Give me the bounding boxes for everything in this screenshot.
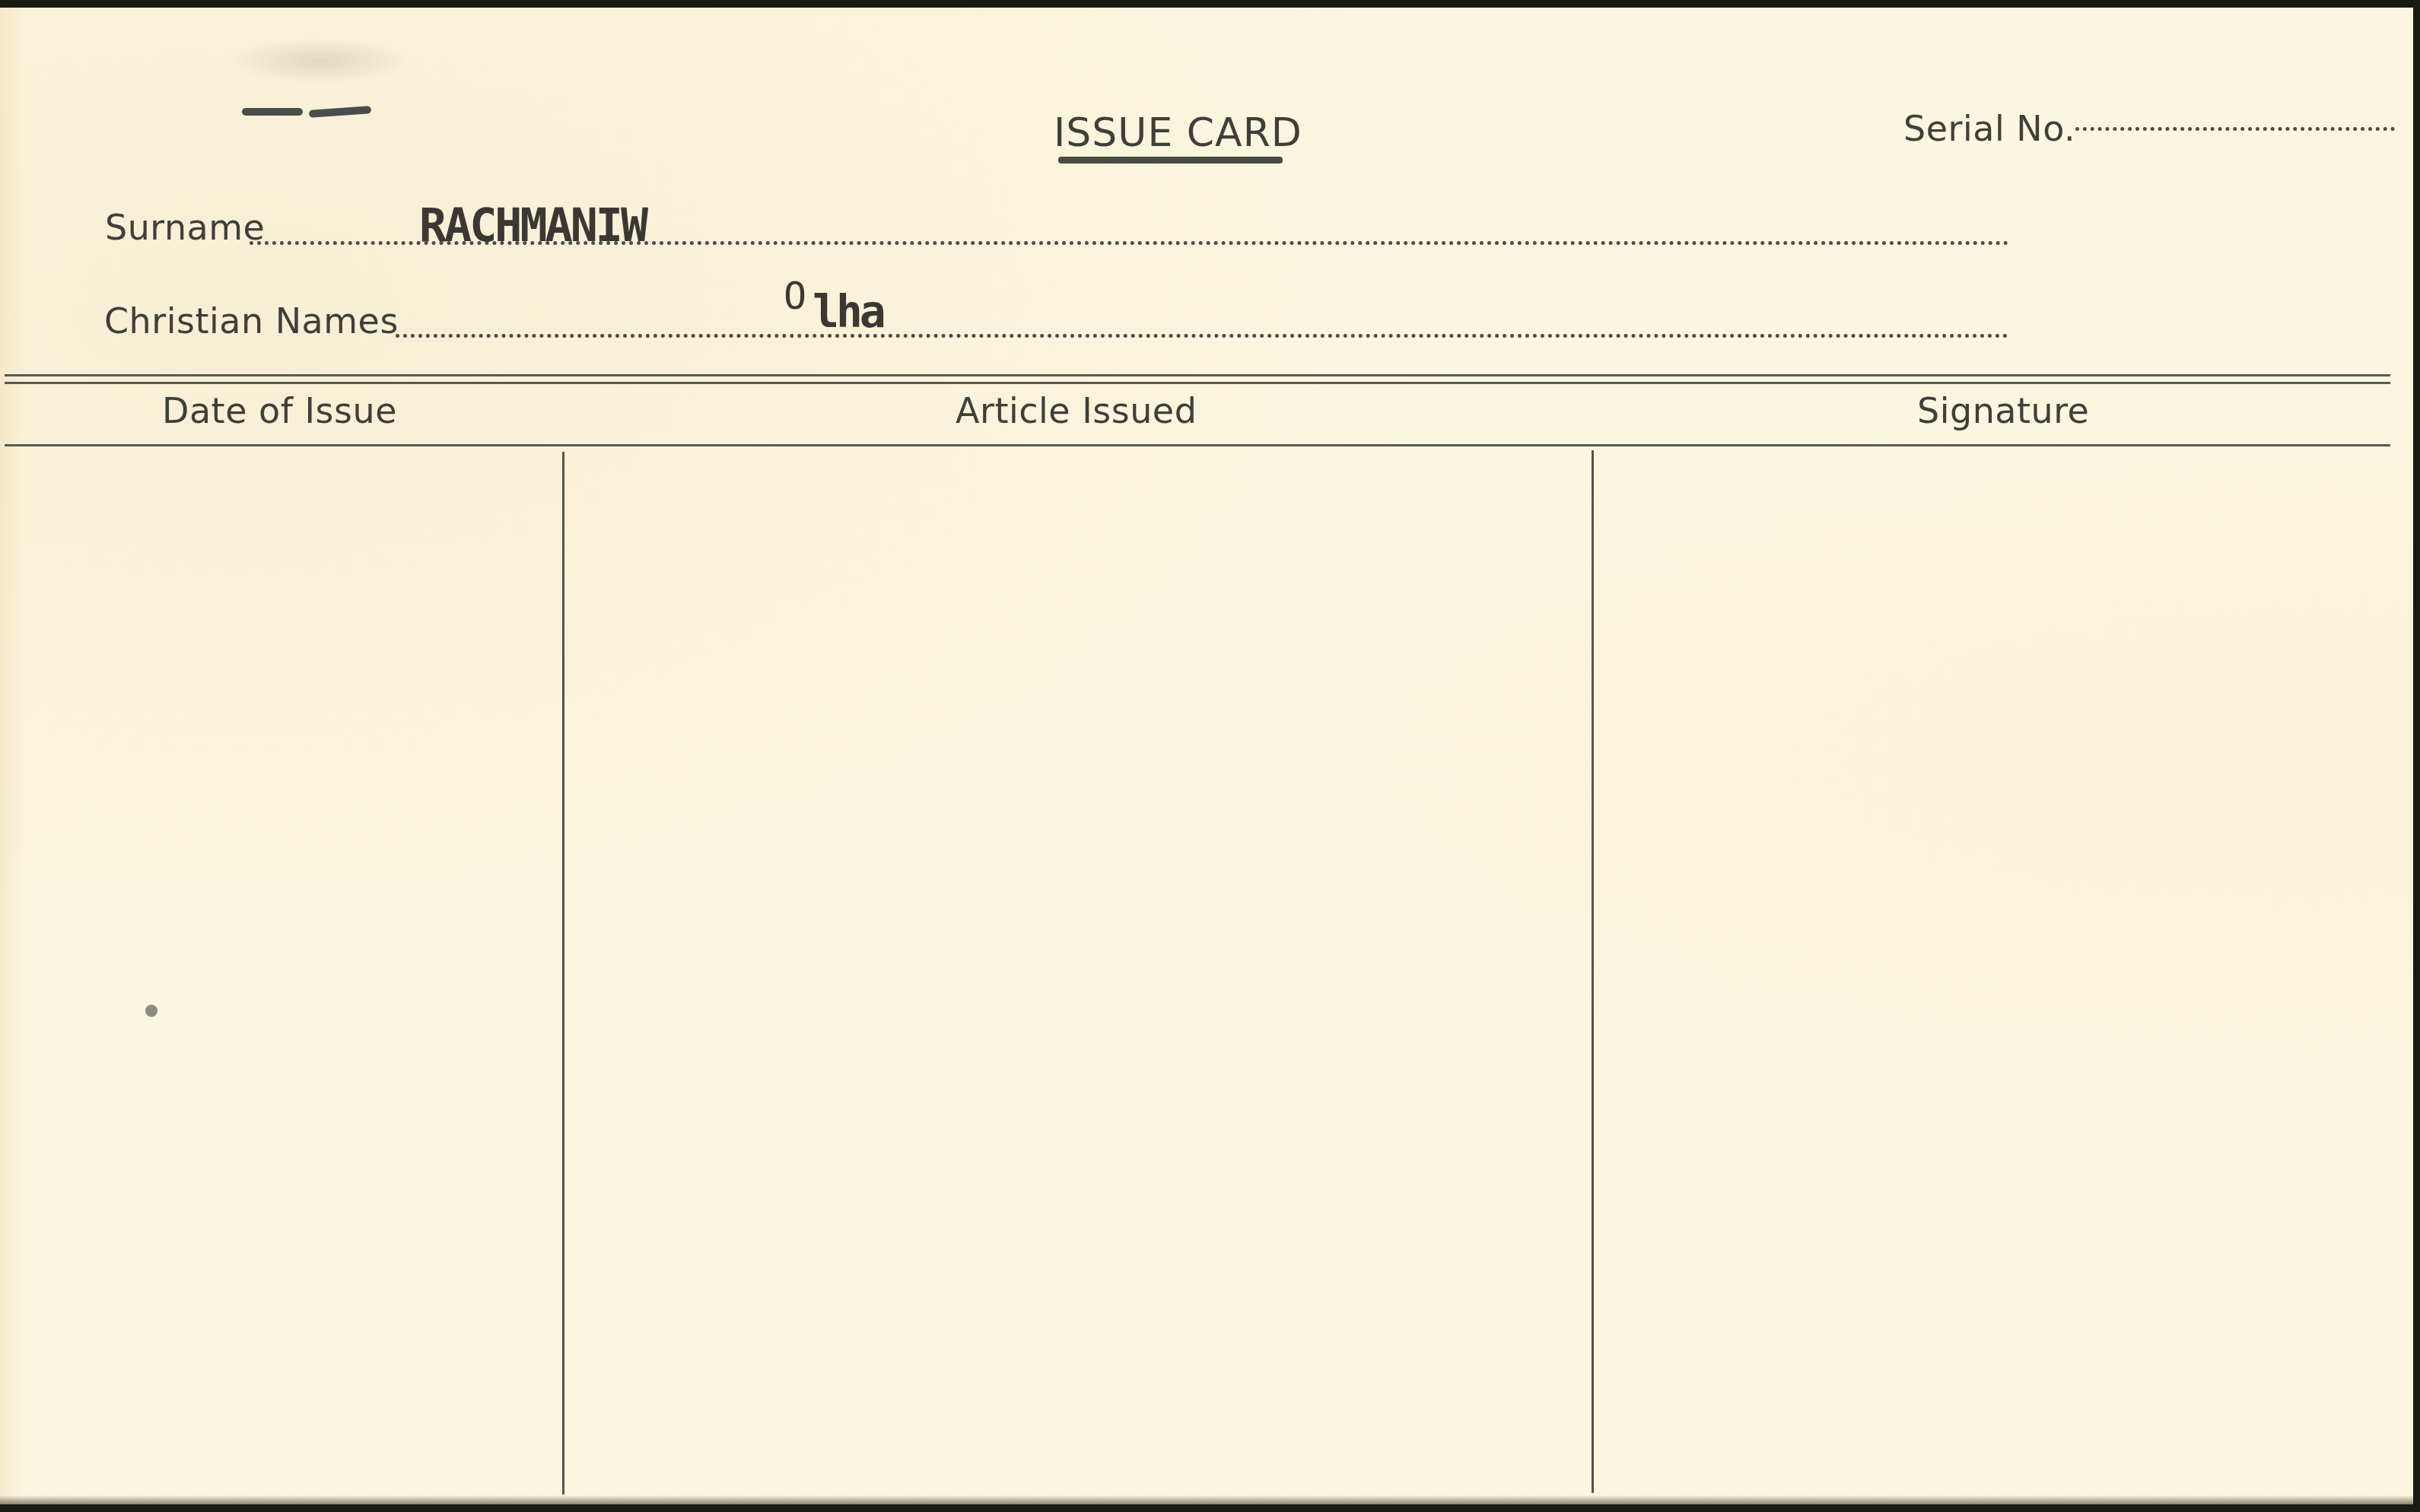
surname-value[interactable]: RACHMANIW bbox=[419, 199, 646, 253]
christian-names-initial[interactable]: O bbox=[784, 274, 806, 318]
surname-label: Surname bbox=[105, 207, 265, 248]
serial-no-field[interactable] bbox=[2075, 127, 2395, 131]
article-issued-column-cells[interactable] bbox=[565, 449, 1591, 1495]
header-rule-bottom bbox=[5, 444, 2390, 446]
date-of-issue-column-cells[interactable] bbox=[5, 449, 561, 1495]
serial-no-label: Serial No. bbox=[1903, 108, 2075, 149]
signature-column-cells[interactable] bbox=[1595, 449, 2409, 1495]
card-edge-shadow bbox=[0, 1495, 2413, 1504]
card-title: ISSUE CARD bbox=[1054, 110, 1302, 156]
column-header-signature: Signature bbox=[1917, 390, 2089, 431]
christian-names-field-line bbox=[396, 334, 2008, 338]
header-rule-top bbox=[5, 374, 2390, 376]
ink-spot bbox=[145, 1005, 157, 1017]
issue-card: ISSUE CARD Serial No. Surname RACHMANIW … bbox=[0, 8, 2413, 1504]
ink-smudge bbox=[228, 38, 411, 84]
header-rule-second bbox=[5, 382, 2390, 384]
title-underline bbox=[1058, 157, 1283, 164]
staple-icon bbox=[242, 103, 373, 122]
column-divider-1 bbox=[562, 452, 564, 1495]
christian-names-value[interactable]: lha bbox=[812, 286, 883, 338]
column-divider-2 bbox=[1592, 450, 1594, 1493]
column-header-article-issued: Article Issued bbox=[956, 390, 1197, 431]
christian-names-label: Christian Names bbox=[104, 300, 399, 341]
column-header-date-of-issue: Date of Issue bbox=[162, 390, 397, 431]
